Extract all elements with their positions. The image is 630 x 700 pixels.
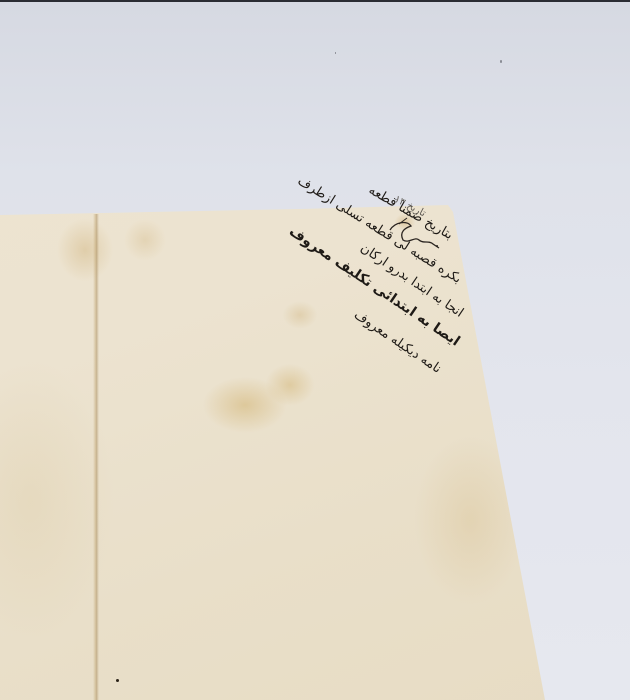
ink-dot bbox=[116, 679, 119, 682]
background-speck bbox=[500, 60, 502, 63]
ottoman-handwritten-text: تاریخ ۱۳ بتاریخ ضمنا قطعه بکره قصبه لی ق… bbox=[280, 195, 480, 405]
paper-fold-crease bbox=[93, 214, 99, 700]
background-speck bbox=[335, 52, 336, 54]
